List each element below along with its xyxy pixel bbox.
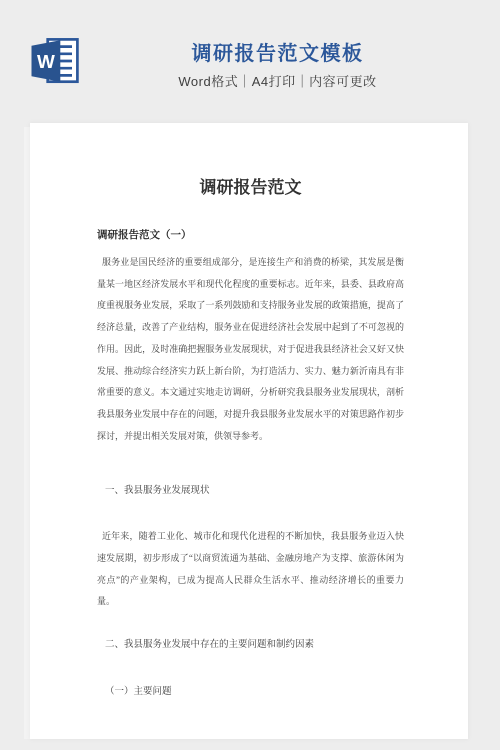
document-subheading: 调研报告范文（一） — [97, 229, 404, 241]
document-title: 调研报告范文 — [97, 178, 404, 198]
section2-subheading: （一）主要问题 — [97, 686, 404, 698]
header: W 调研报告范文模板 Word格式｜A4打印｜内容可更改 — [0, 0, 500, 123]
section2-heading: 二、我县服务业发展中存在的主要问题和制约因素 — [97, 639, 404, 651]
document-page: 调研报告范文 调研报告范文（一） 服务业是国民经济的重要组成部分，是连接生产和消… — [30, 123, 468, 739]
document-intro-paragraph: 服务业是国民经济的重要组成部分，是连接生产和消费的桥梁，其发展是衡量某一地区经济… — [97, 252, 404, 447]
header-text-block: 调研报告范文模板 Word格式｜A4打印｜内容可更改 — [55, 42, 500, 90]
section1-heading: 一、我县服务业发展现状 — [97, 485, 404, 497]
template-title: 调研报告范文模板 — [55, 42, 500, 66]
section1-paragraph: 近年来，随着工业化、城市化和现代化进程的不断加快，我县服务业迈入快速发展期，初步… — [97, 526, 404, 613]
template-subtitle: Word格式｜A4打印｜内容可更改 — [55, 71, 500, 90]
word-icon-letter: W — [37, 52, 55, 73]
